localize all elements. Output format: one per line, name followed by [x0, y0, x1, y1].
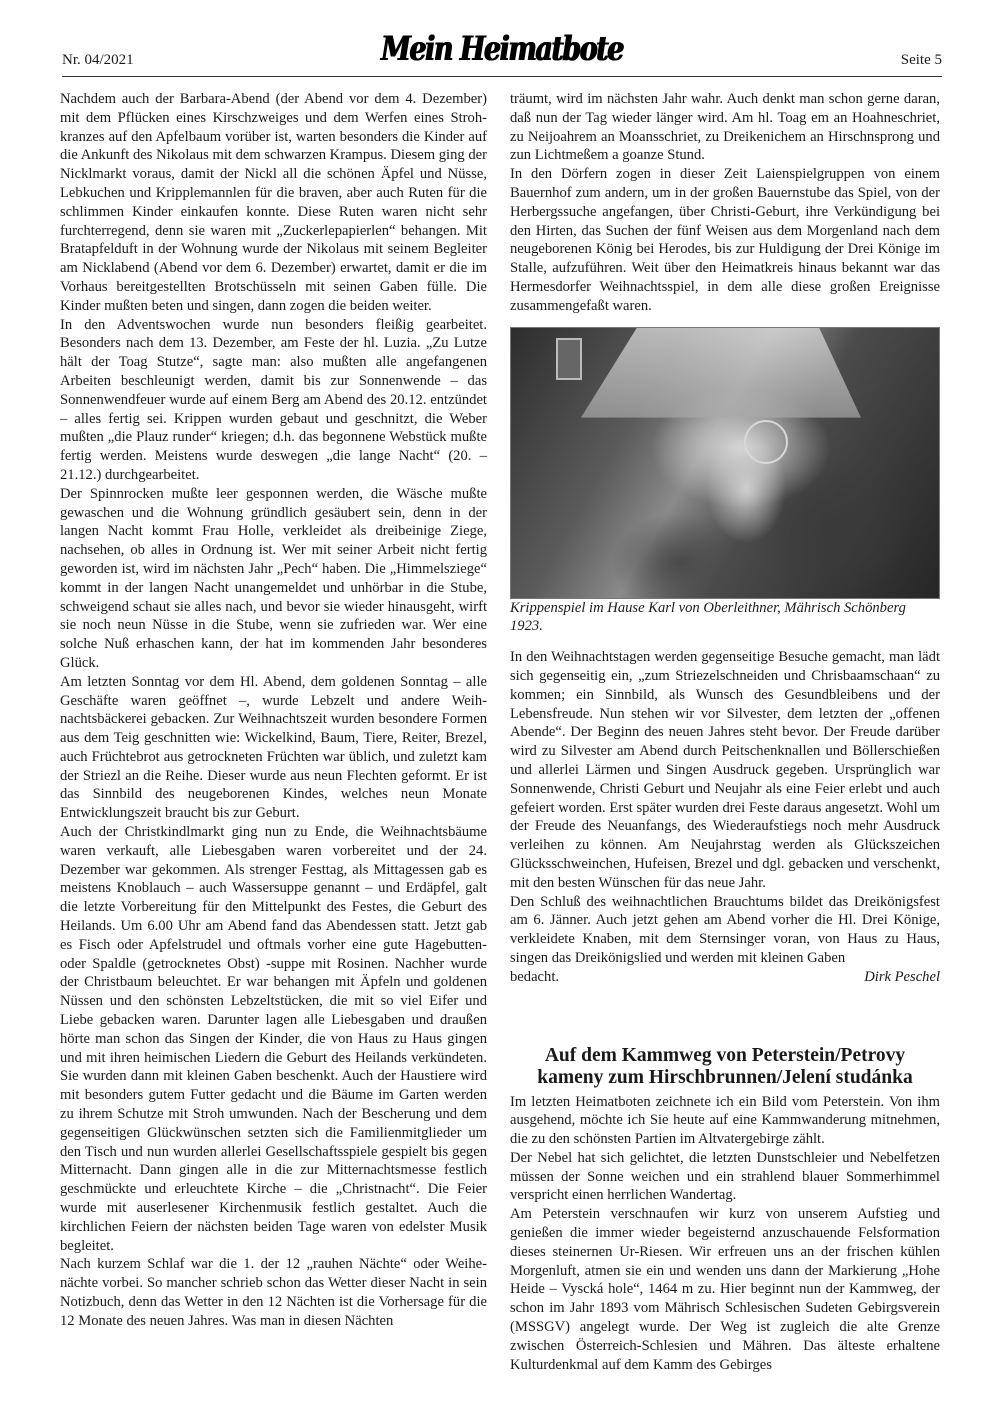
paragraph: Den Schluß des weihnachtlichen Brauchtum… — [510, 893, 940, 968]
paragraph: Der Spinnrocken mußte leer gesponnen wer… — [60, 485, 487, 673]
article-signature: bedacht. Dirk Peschel — [510, 968, 940, 987]
photo-halo — [744, 420, 788, 464]
page-header: Nr. 04/2021 Mein Heimatbote Seite 5 — [62, 30, 942, 76]
photo-picture-frame — [556, 338, 582, 380]
article-title: Auf dem Kammweg von Peterstein/Petrovy k… — [510, 1045, 940, 1089]
masthead-logo: Mein Heimatbote — [62, 30, 942, 69]
right-column: träumt, wird im nächsten Jahr wahr. Auch… — [510, 90, 940, 1374]
nativity-play-photo — [510, 327, 940, 599]
paragraph: Im letzten Heimatboten zeichnete ich ein… — [510, 1093, 940, 1149]
paragraph: Am letzten Sonntag vor dem Hl. Abend, de… — [60, 673, 487, 823]
photo-caption: Krippenspiel im Hause Karl von Oberleith… — [510, 599, 940, 637]
page-number: Seite 5 — [901, 52, 942, 69]
author-name: Dirk Peschel — [864, 968, 940, 987]
photo-wall-shape — [581, 328, 861, 418]
paragraph: Nachdem auch der Barbara-Abend (der Aben… — [60, 90, 487, 316]
header-rule — [62, 76, 942, 77]
paragraph: In den Weihnachtstagen werden gegenseiti… — [510, 648, 940, 892]
paragraph: In den Adventswochen wurde nun besonders… — [60, 316, 487, 485]
article-title-line: Auf dem Kammweg von Peterstein/Petrovy — [510, 1045, 940, 1067]
last-line: bedacht. — [510, 968, 559, 987]
article-title-line: kameny zum Hirschbrunnen/Jelení studánka — [510, 1067, 940, 1089]
paragraph: Der Nebel hat sich gelichtet, die letzte… — [510, 1149, 940, 1205]
newspaper-page: Nr. 04/2021 Mein Heimatbote Seite 5 Nach… — [0, 0, 1000, 1412]
paragraph: Am Peterstein verschnaufen wir kurz von … — [510, 1205, 940, 1374]
left-column: Nachdem auch der Barbara-Abend (der Aben… — [60, 90, 487, 1331]
paragraph: Nach kurzem Schlaf war die 1. der 12 „ra… — [60, 1255, 487, 1330]
paragraph: Auch der Christkindlmarkt ging nun zu En… — [60, 823, 487, 1255]
paragraph: träumt, wird im nächsten Jahr wahr. Auch… — [510, 90, 940, 165]
paragraph: In den Dörfern zogen in dieser Zeit Laie… — [510, 165, 940, 315]
